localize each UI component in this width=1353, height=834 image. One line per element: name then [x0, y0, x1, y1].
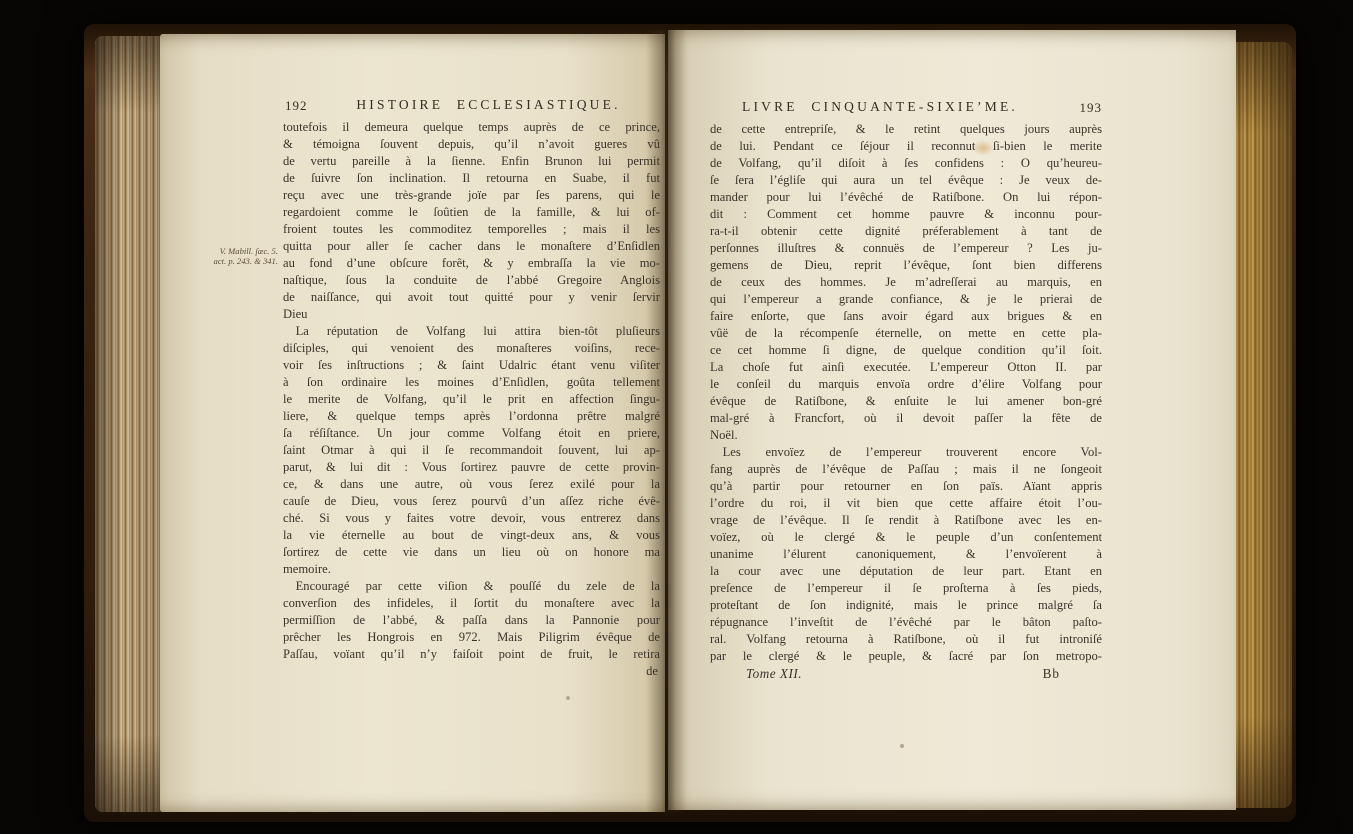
text-line: par le clergé & le peuple, & ſacré par ſ… — [710, 648, 1102, 665]
right-running-head: LIVRE CINQUANTE-SIXIE’ME. 193 — [710, 98, 1102, 118]
text-line: La choſe fut ainſi executée. L’empereur … — [710, 359, 1102, 376]
text-line: le merite de Volfang, qu’il le prit en a… — [283, 391, 660, 408]
text-line: memoire. — [283, 561, 660, 578]
text-line: qu’à partir pour retourner en ſon païs. … — [710, 478, 1102, 495]
text-line: de cette entrepriſe, & le retint quelque… — [710, 121, 1102, 138]
right-page-number: 193 — [1080, 100, 1103, 116]
left-page: V. Mabill. ſæc. 5.act. p. 243. & 341. 19… — [160, 34, 665, 812]
text-line: V. Mabill. ſæc. 5. — [188, 246, 278, 256]
text-line: ce cet homme ſi digne, de quelque condit… — [710, 342, 1102, 359]
text-line: vrage de l’évêque. Il ſe rendit à Ratiſb… — [710, 512, 1102, 529]
text-line: répugnance l’inveſtit de l’évêché par le… — [710, 614, 1102, 631]
left-page-number: 192 — [285, 98, 308, 114]
text-line: mander pour lui l’évêché de Ratiſbone. O… — [710, 189, 1102, 206]
text-line: liere, & quelque temps après l’ordonna p… — [283, 408, 660, 425]
left-body-text: toutefois il demeura quelque temps auprè… — [283, 119, 660, 663]
text-line: ra-t-il obtenir cette dignité préferable… — [710, 223, 1102, 240]
text-line: prêcher les Hongrois en 972. Mais Piligr… — [283, 629, 660, 646]
text-line: regardoient comme le ſoûtien de la famil… — [283, 204, 660, 221]
text-line: froient toutes les commoditez temporelle… — [283, 221, 660, 238]
tome-label: Tome XII. — [710, 665, 802, 683]
text-line: Noël. — [710, 427, 1102, 444]
text-line: toutefois il demeura quelque temps auprè… — [283, 119, 660, 136]
text-line: quitta pour aller ſe cacher dans le mona… — [283, 238, 660, 255]
text-line: cauſe de Dieu, vous ſerez pourvû d’un aſ… — [283, 493, 660, 510]
text-line: de lui. Pendant ce ſéjour il reconnut ſi… — [710, 138, 1102, 155]
text-line: vûë de la récompenſe éternelle, on mette… — [710, 325, 1102, 342]
text-line: permiſſion de l’abbé, & paſſa dans la Pa… — [283, 612, 660, 629]
text-line: ce, & dans une autre, où vous ſerez exil… — [283, 476, 660, 493]
text-line: à ſon ordinaire les moines d’Enſidlen, g… — [283, 374, 660, 391]
text-line: perſonnes illuſtres & connuës de l’emper… — [710, 240, 1102, 257]
gilt-edge-page-stack-right — [1233, 42, 1292, 808]
right-print-area: LIVRE CINQUANTE-SIXIE’ME. 193 de cette e… — [710, 98, 1102, 683]
text-line: de vertu pareille à la ſienne. Enfin Bru… — [283, 153, 660, 170]
text-line: voir ſes inſtructions ; & ſaint Udalric … — [283, 357, 660, 374]
text-line: ſa réſiſtance. Un jour comme Volfang éto… — [283, 425, 660, 442]
right-body-text: de cette entrepriſe, & le retint quelque… — [710, 121, 1102, 665]
text-line: évêque de Ratiſbone, & enſuite le lui am… — [710, 393, 1102, 410]
text-line: de ſuivre ſon inclination. Il retourna e… — [283, 170, 660, 187]
text-line: diſciples, qui venoient des monaſteres v… — [283, 340, 660, 357]
text-line: Encouragé par cette viſion & pouſſé du z… — [283, 578, 660, 595]
text-line: qui l’empereur a grande confiance, & je … — [710, 291, 1102, 308]
text-line: unanime l’élurent canoniquement, & l’env… — [710, 546, 1102, 563]
text-line: proteſtant de ſon indignité, mais le pri… — [710, 597, 1102, 614]
text-line: converſion des infideles, il ſortit du m… — [283, 595, 660, 612]
right-running-title: LIVRE CINQUANTE-SIXIE’ME. — [710, 98, 1102, 115]
text-line: gemens de Dieu, reprit l’évêque, ſont bi… — [710, 257, 1102, 274]
gathering-signature: Bb — [1043, 665, 1060, 683]
text-line: la vie éternelle au bout de vingt-deux a… — [283, 527, 660, 544]
text-line: de Volfang, qu’il diſoit à ſes confidens… — [710, 155, 1102, 172]
book-photo: V. Mabill. ſæc. 5.act. p. 243. & 341. 19… — [0, 0, 1353, 834]
text-line: ſaint Otmar à qui il ſe recommandoit ſou… — [283, 442, 660, 459]
text-line: reçu avec une très-grande joïe par ſes p… — [283, 187, 660, 204]
text-line: mal-gré à Francfort, où il devoit paſſer… — [710, 410, 1102, 427]
text-line: Dieu — [283, 306, 660, 323]
text-line: naſtique, ſous la conduite de l’abbé Gre… — [283, 272, 660, 289]
text-line: la cour avec une députation de leur part… — [710, 563, 1102, 580]
text-line: faire enſorte, que ſans avoir égard aux … — [710, 308, 1102, 325]
fore-edge-page-stack-left — [95, 36, 163, 812]
text-line: au fond d’une obſcure forêt, & y embraſſ… — [283, 255, 660, 272]
catchword: de — [283, 663, 660, 680]
text-line: parut, & lui dit : Vous ſortirez pauvre … — [283, 459, 660, 476]
text-line: ſe ſera l’égliſe qui aura un tel évêque … — [710, 172, 1102, 189]
text-line: voïez, où le clergé & le peuple d’un con… — [710, 529, 1102, 546]
left-running-head: 192 HISTOIRE ECCLESIASTIQUE. — [283, 96, 660, 116]
text-line: Les envoïez de l’empereur trouverent enc… — [710, 444, 1102, 461]
text-line: ſortirez de cette vie dans un lieu où on… — [283, 544, 660, 561]
left-print-area: 192 HISTOIRE ECCLESIASTIQUE. toutefois i… — [283, 96, 660, 680]
text-line: La réputation de Volfang lui attira bien… — [283, 323, 660, 340]
text-line: ral. Volfang retourna à Ratiſbone, où il… — [710, 631, 1102, 648]
text-line: fang auprès de l’évêque de Paſſau ; mais… — [710, 461, 1102, 478]
text-line: preſence de l’empereur il ſe proſterna à… — [710, 580, 1102, 597]
text-line: Paſſau, voïant qu’il n’y faiſoit point d… — [283, 646, 660, 663]
text-line: ché. Si vous y faites votre devoir, vous… — [283, 510, 660, 527]
text-line: dit : Comment cet homme pauvre & inconnu… — [710, 206, 1102, 223]
margin-note: V. Mabill. ſæc. 5.act. p. 243. & 341. — [188, 246, 278, 266]
text-line: de naiſſance, qui avoit tout quitté pour… — [283, 289, 660, 306]
signature-row: Tome XII. Bb — [710, 665, 1102, 683]
text-line: l’ordre du roi, il vit bien que cette af… — [710, 495, 1102, 512]
text-line: & témoigna ſouvent depuis, qu’il n’avoit… — [283, 136, 660, 153]
right-page: LIVRE CINQUANTE-SIXIE’ME. 193 de cette e… — [668, 30, 1236, 810]
left-running-title: HISTOIRE ECCLESIASTIQUE. — [283, 96, 660, 113]
text-line: le conſeil du marquis envoïa ordre d’éli… — [710, 376, 1102, 393]
text-line: act. p. 243. & 341. — [188, 256, 278, 266]
text-line: de ceux des hommes. Je m’adreſſerai au m… — [710, 274, 1102, 291]
